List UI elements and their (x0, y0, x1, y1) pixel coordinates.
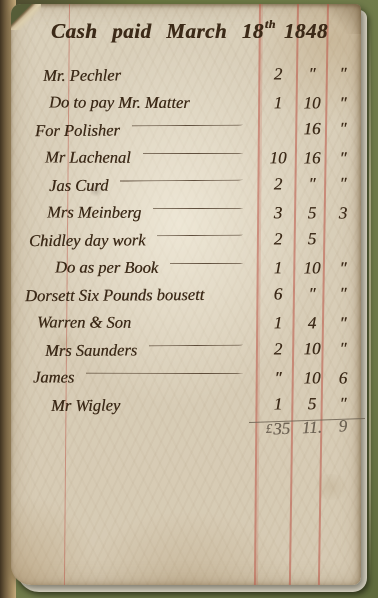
amount-pence: ″ (327, 258, 359, 278)
ledger-row: Warren & Son 14″ (29, 308, 359, 337)
amount-pounds: 3 (259, 202, 297, 222)
ledger-row: Mrs Meinberg 353 (29, 198, 359, 227)
ledger-row: Chidley day work 25 (29, 225, 359, 255)
amount-pounds: 2 (259, 229, 297, 249)
payee-name: Jas Curd (49, 175, 109, 195)
amount-shillings: 5 (297, 229, 327, 249)
ledger-row: Mr Wigley 15″ (29, 390, 359, 420)
amount-shillings: 10 (297, 93, 327, 113)
amount-pounds: 1 (259, 394, 297, 414)
ledger-row: Jas Curd 2″″ (29, 170, 359, 200)
ledger-row: For Polisher 16″ (29, 115, 359, 145)
ledger-row: Mrs Saunders 210″ (29, 335, 359, 365)
amount-shillings: 16 (297, 119, 327, 139)
payee-name: Do to pay Mr. Matter (49, 92, 190, 112)
ledger-row: James ″106 (29, 363, 359, 392)
page-stack-highlight (369, 20, 371, 580)
amount-pounds: 2 (259, 339, 297, 359)
amount-pence: ″ (327, 64, 359, 84)
ledger-row: Mr. Pechler 2″″ (29, 60, 359, 90)
filler-dash (132, 125, 243, 127)
total-shillings: 11. (296, 417, 327, 438)
payee-name: Warren & Son (37, 312, 131, 332)
ledger-row: Do as per Book 110″ (29, 253, 359, 282)
payee-name: Dorsett Six Pounds bousett (25, 285, 204, 306)
amount-pounds: 2 (259, 174, 297, 194)
payee-name: Chidley day work (29, 230, 146, 251)
total-row: £35 11. 9 (29, 416, 360, 450)
amount-shillings: ″ (297, 284, 327, 304)
amount-shillings: 5 (297, 203, 327, 223)
top-left-corner-fold (11, 4, 41, 30)
amount-shillings: 10 (297, 339, 327, 359)
payee-name: Mrs Saunders (45, 340, 137, 361)
ledger-page: Cash paid March 18th1848 Mr. Pechler 2″″… (11, 4, 361, 585)
pound-sign: £ (265, 421, 272, 436)
filler-dash (143, 153, 243, 154)
ledger-row: Do to pay Mr. Matter 110″ (29, 88, 359, 117)
amount-pence: ″ (327, 93, 359, 113)
amount-pounds: 1 (259, 257, 297, 277)
amount-shillings: ″ (297, 64, 327, 84)
amount-shillings: 10 (297, 258, 327, 278)
amount-pence: ″ (327, 174, 359, 194)
title-text: Cash paid March 18 (51, 19, 264, 43)
filler-dash (149, 345, 243, 347)
payee-name: Do as per Book (55, 257, 158, 277)
ledger-row: Dorsett Six Pounds bousett 6″″ (29, 280, 359, 310)
filler-dash (153, 208, 243, 209)
amount-pence: ″ (327, 313, 359, 333)
amount-pounds: 2 (259, 64, 297, 84)
payee-name: Mr. Pechler (43, 65, 121, 86)
filler-dash (157, 235, 243, 237)
amount-shillings: 4 (297, 313, 327, 333)
amount-pounds: 10 (259, 147, 297, 167)
filler-dash (86, 372, 243, 374)
amount-pounds: 6 (259, 284, 297, 304)
amount-pence: ″ (327, 284, 359, 304)
ledger-photo: { "document": { "kind": "handwritten cas… (0, 0, 378, 598)
page-title: Cash paid March 18th1848 (51, 17, 328, 44)
payee-name: For Polisher (35, 120, 120, 141)
filler-dash (120, 180, 243, 182)
amount-pence: 6 (327, 368, 359, 388)
ledger-entries: Mr. Pechler 2″″ Do to pay Mr. Matter 110… (29, 61, 359, 419)
amount-pounds: ″ (259, 367, 297, 387)
title-ordinal-suffix: th (265, 17, 276, 31)
total-pence: 9 (326, 416, 359, 437)
ledger-row: Mr Lachenal 1016″ (29, 143, 359, 172)
title-year: 1848 (284, 19, 328, 43)
amount-pounds: 1 (259, 92, 297, 112)
amount-pence: ″ (327, 339, 359, 359)
amount-shillings: ″ (297, 174, 327, 194)
amount-shillings: 16 (297, 148, 327, 168)
paper-stain (311, 474, 351, 500)
amount-pence: ″ (327, 119, 359, 139)
amount-pence: ″ (327, 148, 359, 168)
payee-name: Mrs Meinberg (47, 202, 141, 222)
filler-dash (170, 263, 243, 264)
amount-pence: ″ (327, 394, 359, 414)
payee-name: Mr Lachenal (45, 147, 131, 167)
total-pounds: £35 (259, 419, 298, 441)
amount-shillings: 10 (297, 368, 327, 388)
payee-name: Mr Wigley (51, 395, 120, 415)
amount-shillings: 5 (297, 394, 327, 414)
amount-pounds: 1 (259, 312, 297, 332)
payee-name: James (33, 367, 74, 387)
amount-pence: 3 (327, 203, 359, 223)
